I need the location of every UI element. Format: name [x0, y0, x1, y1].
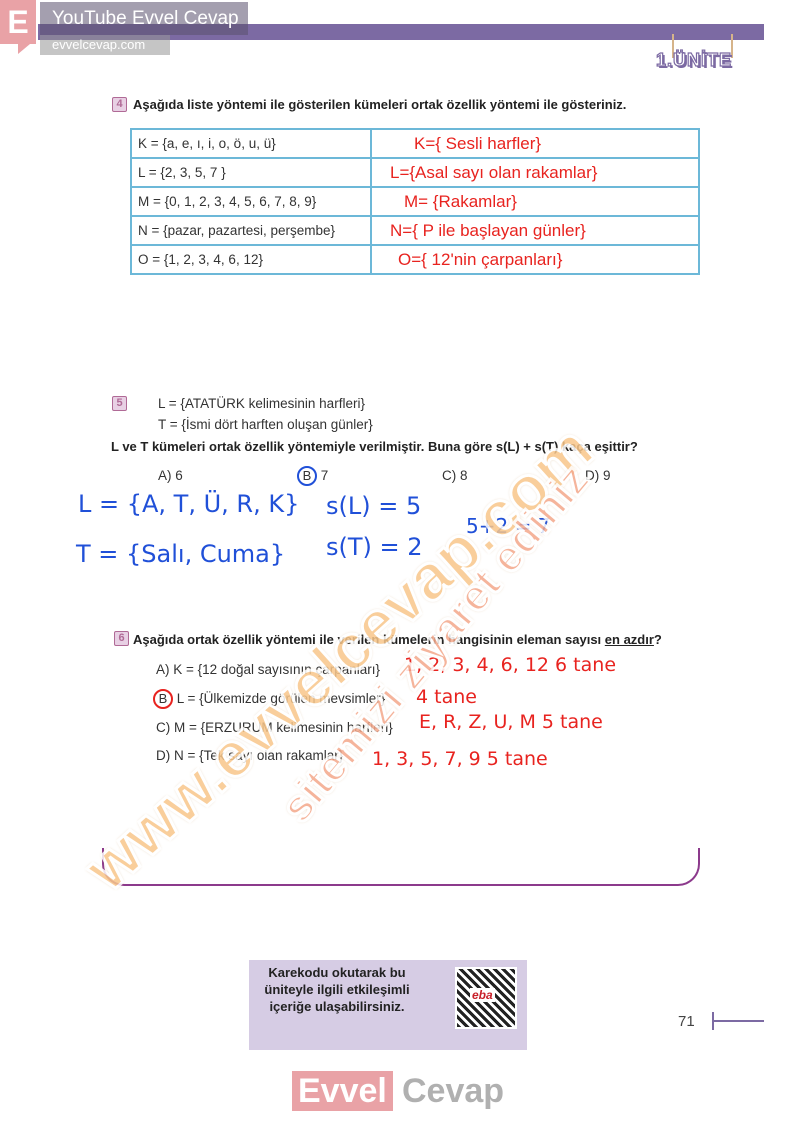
page-marker-line — [712, 1020, 764, 1022]
option-letter: C) — [442, 468, 456, 483]
youtube-banner[interactable]: YouTube Evvel Cevap — [40, 2, 248, 35]
option-letter: C) — [156, 720, 170, 735]
set-list: L = {2, 3, 5, 7 } — [131, 158, 371, 187]
q5-set-l: L = {ATATÜRK kelimesinin harfleri} — [158, 396, 365, 411]
page-number: 71 — [678, 1013, 695, 1030]
option-text: N = {Tek sayı olan rakamlar} — [174, 748, 343, 763]
question-4-title: Aşağıda liste yöntemi ile gösterilen küm… — [133, 97, 626, 112]
handwritten-s-t: s(T) = 2 — [326, 533, 423, 561]
q6-option-c[interactable]: C) M = {ERZURUM kelimesinin harfleri} — [156, 720, 393, 735]
option-text: K = {12 doğal sayısının çarpanları} — [173, 662, 380, 677]
set-list: O = {1, 2, 3, 4, 6, 12} — [131, 245, 371, 274]
handwritten-s-l: s(L) = 5 — [326, 492, 421, 520]
eba-logo: eba — [470, 988, 495, 1002]
question-number-6: 6 — [114, 631, 129, 646]
q5-set-t: T = {İsmi dört harften oluşan günler} — [158, 417, 373, 432]
handwritten-l-set: L = {A, T, Ü, R, K} — [78, 490, 299, 518]
q5-option-a[interactable]: A) 6 — [158, 468, 183, 483]
option-letter: A) — [158, 468, 172, 483]
option-value: 6 — [175, 468, 183, 483]
handwritten-note-b: 4 tane — [416, 686, 477, 708]
unit-badge: 1.ÜNİTE — [656, 50, 732, 71]
question-mark: ? — [654, 632, 662, 647]
set-list: M = {0, 1, 2, 3, 4, 5, 6, 7, 8, 9} — [131, 187, 371, 216]
q5-option-d[interactable]: D) 9 — [585, 468, 611, 483]
option-text: L = {Ülkemizde görülen mevsimler} — [177, 691, 385, 706]
handwritten-note-a: 1, 2, 3, 4, 6, 12 6 tane — [404, 654, 616, 676]
set-answer: L={Asal sayı olan rakamlar} — [371, 158, 699, 187]
selected-answer-circle: B — [153, 689, 173, 709]
q6-option-a[interactable]: A) K = {12 doğal sayısının çarpanları} — [156, 662, 380, 677]
answer-bracket — [102, 848, 700, 886]
table-row: K = {a, e, ı, i, o, ö, u, ü}K={ Sesli ha… — [131, 129, 699, 158]
set-list: N = {pazar, pazartesi, perşembe} — [131, 216, 371, 245]
question-5-text: L ve T kümeleri ortak özellik yöntemiyle… — [111, 439, 638, 454]
option-value: 8 — [460, 468, 468, 483]
site-banner[interactable]: evvelcevap.com — [40, 35, 170, 55]
sets-table: K = {a, e, ı, i, o, ö, u, ü}K={ Sesli ha… — [130, 128, 700, 275]
set-answer: N={ P ile başlayan günler} — [371, 216, 699, 245]
option-text: M = {ERZURUM kelimesinin harfleri} — [174, 720, 393, 735]
table-row: N = {pazar, pazartesi, perşembe}N={ P il… — [131, 216, 699, 245]
footer-logo-evvel: Evvel — [292, 1071, 393, 1111]
handwritten-note-d: 1, 3, 5, 7, 9 5 tane — [372, 748, 548, 770]
q6-option-d[interactable]: D) N = {Tek sayı olan rakamlar} — [156, 748, 343, 763]
table-row: O = {1, 2, 3, 4, 6, 12}O={ 12'nin çarpan… — [131, 245, 699, 274]
question-number-5: 5 — [112, 396, 127, 411]
question-6-text: Aşağıda ortak özellik yöntemi ile verile… — [133, 632, 662, 647]
q5-option-b[interactable]: B 7 — [297, 466, 328, 486]
q6-option-b[interactable]: B L = {Ülkemizde görülen mevsimler} — [153, 689, 385, 709]
handwritten-note-c: E, R, Z, U, M 5 tane — [419, 711, 603, 733]
handwritten-t-set: T = {Salı, Cuma} — [76, 540, 285, 568]
option-value: 7 — [321, 468, 329, 483]
option-letter: D) — [585, 468, 599, 483]
set-answer: M= {Rakamlar} — [371, 187, 699, 216]
option-value: 9 — [603, 468, 611, 483]
question-text: Aşağıda ortak özellik yöntemi ile verile… — [133, 632, 605, 647]
option-letter: A) — [156, 662, 170, 677]
footer-logo-cevap: Cevap — [402, 1071, 504, 1111]
set-answer: K={ Sesli harfler} — [371, 129, 699, 158]
option-letter: D) — [156, 748, 170, 763]
set-list: K = {a, e, ı, i, o, ö, u, ü} — [131, 129, 371, 158]
selected-answer-circle: B — [297, 466, 317, 486]
evvel-logo: E — [0, 0, 36, 44]
set-answer: O={ 12'nin çarpanları} — [371, 245, 699, 274]
handwritten-sum: 5+2 = 7 — [466, 514, 550, 538]
table-row: M = {0, 1, 2, 3, 4, 5, 6, 7, 8, 9}M= {Ra… — [131, 187, 699, 216]
table-row: L = {2, 3, 5, 7 }L={Asal sayı olan rakam… — [131, 158, 699, 187]
q5-option-c[interactable]: C) 8 — [442, 468, 468, 483]
question-number-4: 4 — [112, 97, 127, 112]
question-emphasis: en azdır — [605, 632, 654, 647]
qr-info-text: Karekodu okutarak bu üniteyle ilgili etk… — [262, 964, 412, 1015]
